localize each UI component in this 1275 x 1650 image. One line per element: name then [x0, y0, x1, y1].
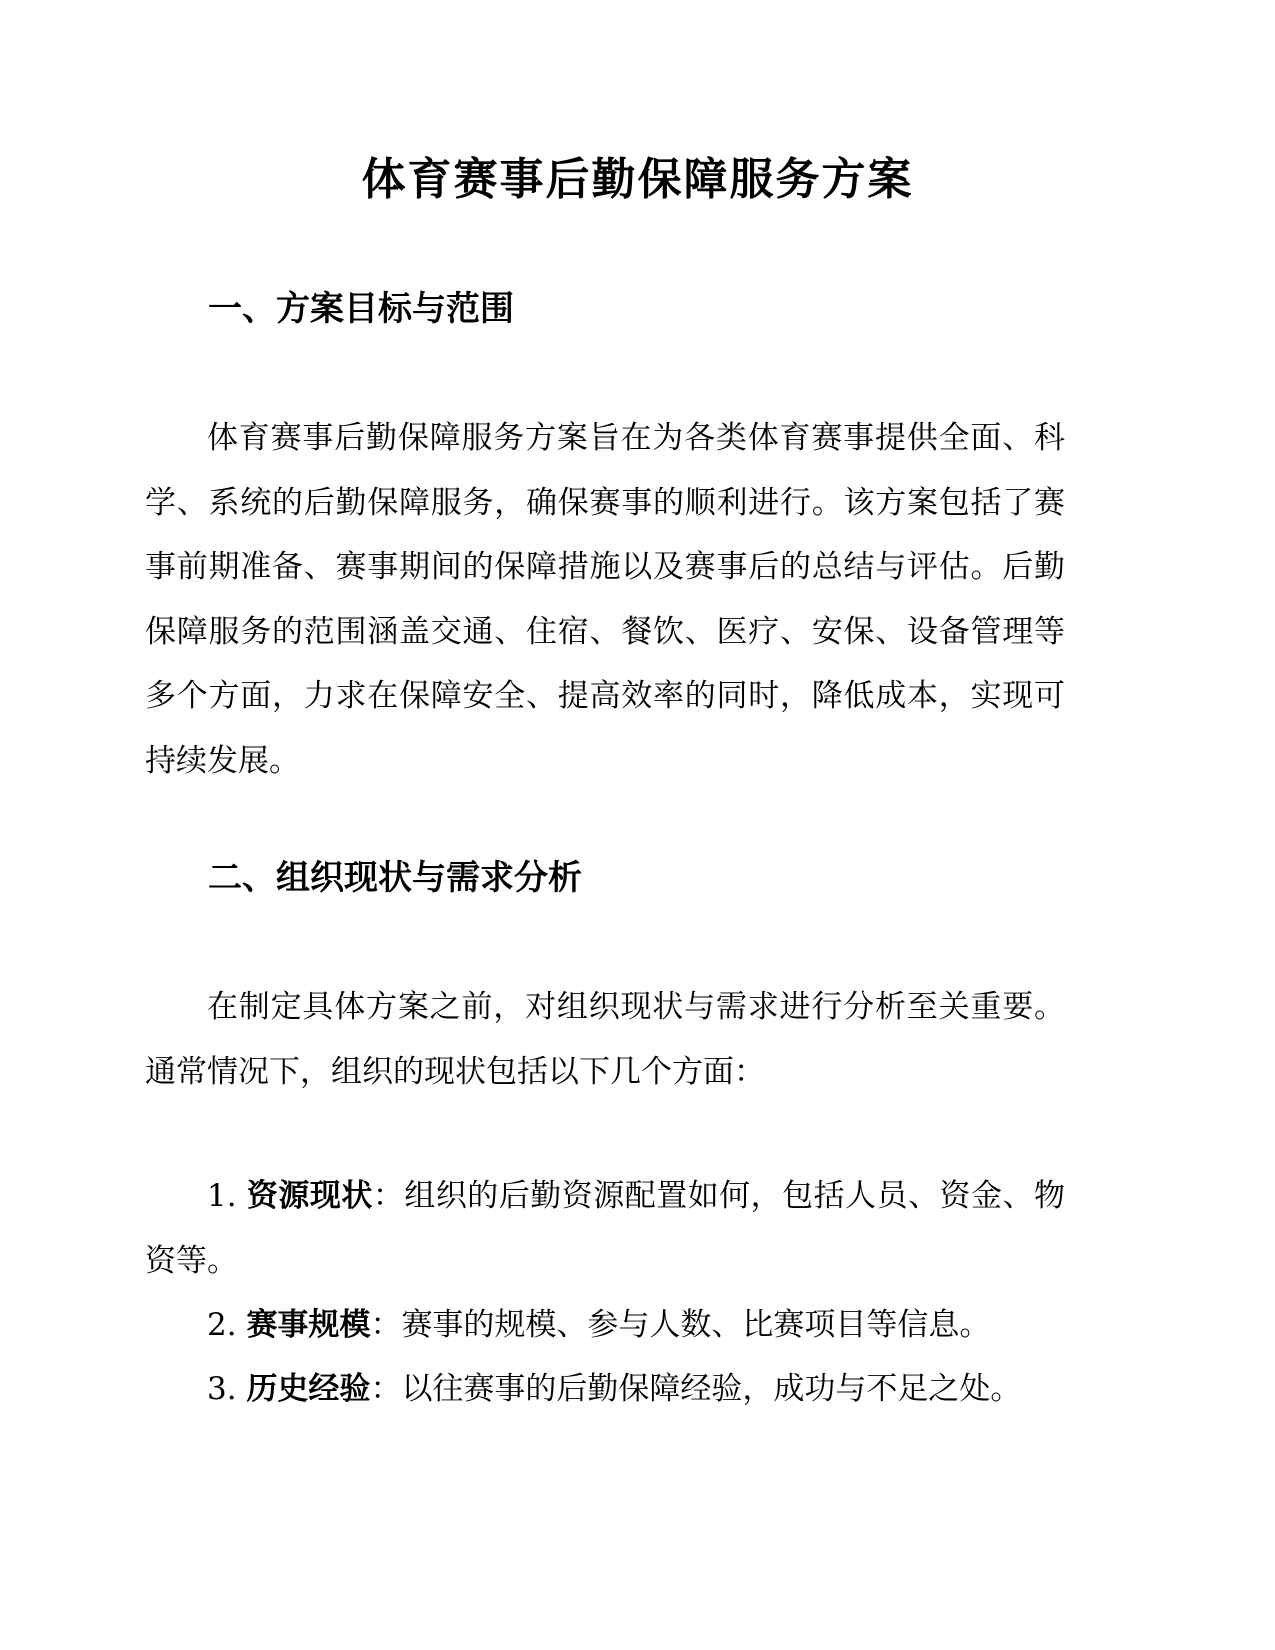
item-colon: ： [370, 1371, 401, 1407]
item-text: 赛事的规模、参与人数、比赛项目等信息。 [401, 1307, 990, 1343]
document-page: 体育赛事后勤保障服务方案 一、方案目标与范围 体育赛事后勤保障服务方案旨在为各类… [0, 0, 1275, 1650]
item-colon: ： [373, 1178, 404, 1214]
item-number: 3. [207, 1371, 237, 1407]
item-label: 资源现状 [247, 1178, 373, 1214]
item-label: 赛事规模 [246, 1307, 370, 1343]
item-label: 历史经验 [246, 1371, 370, 1407]
item-colon: ： [370, 1307, 401, 1343]
section-heading-1: 一、方案目标与范围 [208, 286, 514, 332]
list-item: 1. 资源现状：组织的后勤资源配置如何，包括人员、资金、物资等。 [145, 1164, 1065, 1293]
section-heading-2: 二、组织现状与需求分析 [208, 855, 582, 901]
list-item: 3. 历史经验：以往赛事的后勤保障经验，成功与不足之处。 [145, 1357, 1065, 1422]
section-2-paragraph: 在制定具体方案之前，对组织现状与需求进行分析至关重要。通常情况下，组织的现状包括… [145, 975, 1065, 1104]
item-number: 1. [207, 1178, 237, 1214]
item-text: 以往赛事的后勤保障经验，成功与不足之处。 [401, 1371, 1021, 1407]
section-1-paragraph: 体育赛事后勤保障服务方案旨在为各类体育赛事提供全面、科学、系统的后勤保障服务，确… [145, 406, 1065, 793]
item-number: 2. [207, 1307, 237, 1343]
document-title: 体育赛事后勤保障服务方案 [0, 150, 1275, 210]
list-item: 2. 赛事规模：赛事的规模、参与人数、比赛项目等信息。 [145, 1293, 1065, 1358]
